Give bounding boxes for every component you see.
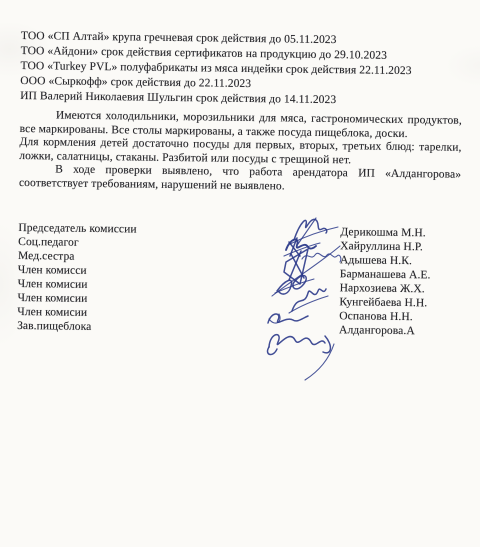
signatory-title: Зав.пищеблока	[17, 319, 339, 337]
signature-block: Председатель комиссии Дерикошма М.Н. Соц…	[17, 221, 460, 340]
document-page: ТОО «СП Алтай» крупа гречневая срок дейс…	[0, 0, 480, 547]
signature-ink-chef	[268, 335, 334, 380]
signatory-name: Кунгейбаева Н.Н.	[339, 295, 459, 311]
supplier-list: ТОО «СП Алтай» крупа гречневая срок дейс…	[20, 29, 463, 110]
paragraph-conclusion: В ходе проверки выявлено, что работа аре…	[19, 163, 461, 196]
document-content: ТОО «СП Алтай» крупа гречневая срок дейс…	[17, 29, 463, 339]
signatory-name: Адышева Н.К.	[340, 253, 460, 269]
signatory-name: Нархозиева Ж.Х.	[340, 281, 460, 297]
signatory-name: Барманашева А.Е.	[340, 267, 460, 283]
body-paragraphs: Имеются холодильники, морозильники для м…	[19, 109, 462, 196]
signatory-name: Хайруллина Н.Р.	[340, 239, 460, 255]
signatory-name: Алдангорова.А	[339, 323, 459, 339]
signatory-name: Оспанова Н.Н.	[339, 309, 459, 325]
signatory-name: Дерикошма М.Н.	[340, 225, 460, 241]
